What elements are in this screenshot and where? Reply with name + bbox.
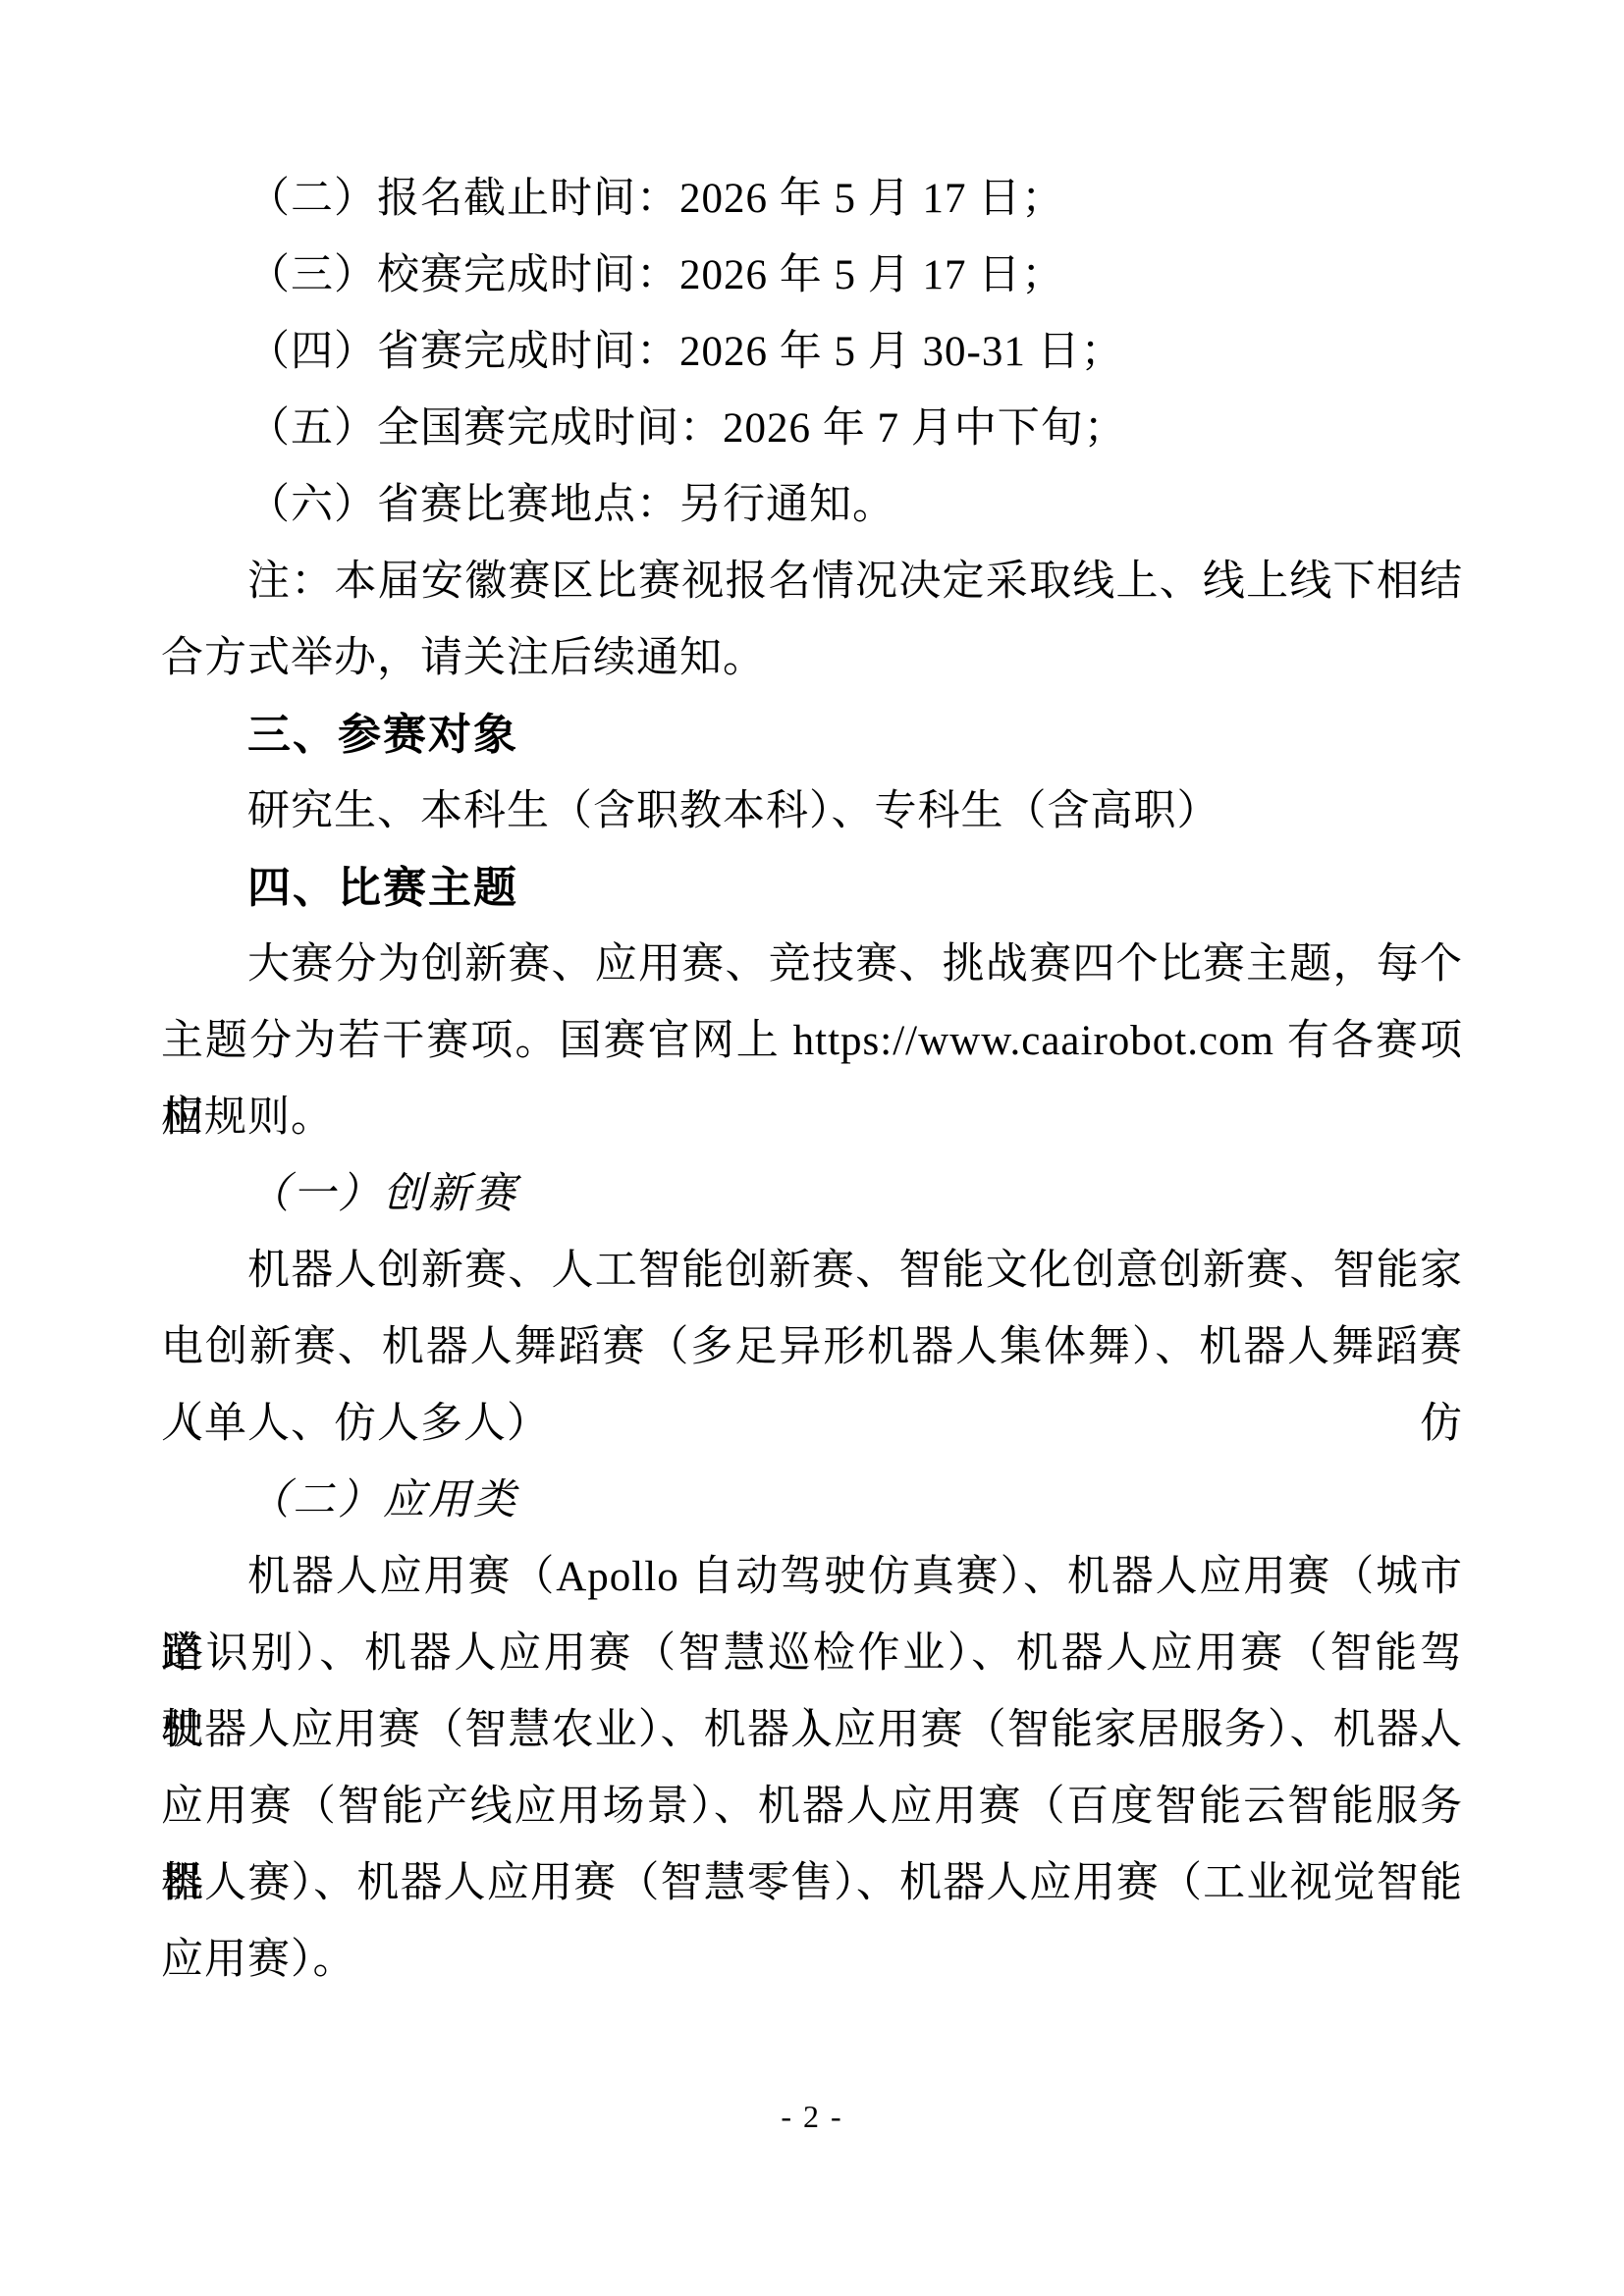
- text-line-province-venue: （六）省赛比赛地点：另行通知。: [161, 467, 1463, 544]
- text-line-deadline-registration: （二）报名截止时间：2026 年 5 月 17 日；: [161, 161, 1463, 238]
- text-line-national-round-time: （五）全国赛完成时间：2026 年 7 月中下旬；: [161, 391, 1463, 467]
- text-line-note-1: 注：本届安徽赛区比赛视报名情况决定采取线上、线上线下相结: [161, 544, 1463, 620]
- text-line-province-round-time: （四）省赛完成时间：2026 年 5 月 30-31 日；: [161, 314, 1463, 391]
- text-line-themes-1: 大赛分为创新赛、应用赛、竞技赛、挑战赛四个比赛主题，每个: [161, 927, 1463, 1003]
- page-footer: - 2 -: [0, 2095, 1624, 2138]
- text-line-application-1: 机器人应用赛（Apollo 自动驾驶仿真赛）、机器人应用赛（城市道: [161, 1539, 1463, 1616]
- section-heading-participants: 三、参赛对象: [161, 697, 1463, 774]
- text-line-innovation-2: 电创新赛、机器人舞蹈赛（多足异形机器人集体舞）、机器人舞蹈赛（仿: [161, 1309, 1463, 1386]
- text-line-participants: 研究生、本科生（含职教本科）、专科生（含高职）: [161, 774, 1463, 850]
- section-heading-themes: 四、比赛主题: [161, 850, 1463, 927]
- subsection-heading-application: （二）应用类: [161, 1463, 1463, 1539]
- document-page: （二）报名截止时间：2026 年 5 月 17 日； （三）校赛完成时间：202…: [0, 0, 1624, 2296]
- text-line-application-3: 机器人应用赛（智慧农业）、机器人应用赛（智能家居服务）、机器人: [161, 1692, 1463, 1769]
- text-line-application-4: 应用赛（智能产线应用场景）、机器人应用赛（百度智能云智能服务机: [161, 1769, 1463, 1845]
- document-body: （二）报名截止时间：2026 年 5 月 17 日； （三）校赛完成时间：202…: [161, 161, 1463, 1999]
- page-number: - 2 -: [781, 2099, 842, 2134]
- subsection-heading-innovation: （一）创新赛: [161, 1156, 1463, 1233]
- text-line-themes-3: 应规则。: [161, 1080, 1463, 1156]
- text-line-application-2: 路识别）、机器人应用赛（智慧巡检作业）、机器人应用赛（智能驾驶）、: [161, 1616, 1463, 1692]
- text-line-note-2: 合方式举办，请关注后续通知。: [161, 620, 1463, 697]
- text-line-innovation-1: 机器人创新赛、人工智能创新赛、智能文化创意创新赛、智能家: [161, 1233, 1463, 1309]
- text-line-themes-2-with-url: 主题分为若干赛项。国赛官网上 https://www.caairobot.com…: [161, 1003, 1463, 1080]
- text-line-application-6: 应用赛）。: [161, 1922, 1463, 1999]
- text-line-school-round-time: （三）校赛完成时间：2026 年 5 月 17 日；: [161, 238, 1463, 314]
- text-line-application-5: 器人赛）、机器人应用赛（智慧零售）、机器人应用赛（工业视觉智能: [161, 1845, 1463, 1922]
